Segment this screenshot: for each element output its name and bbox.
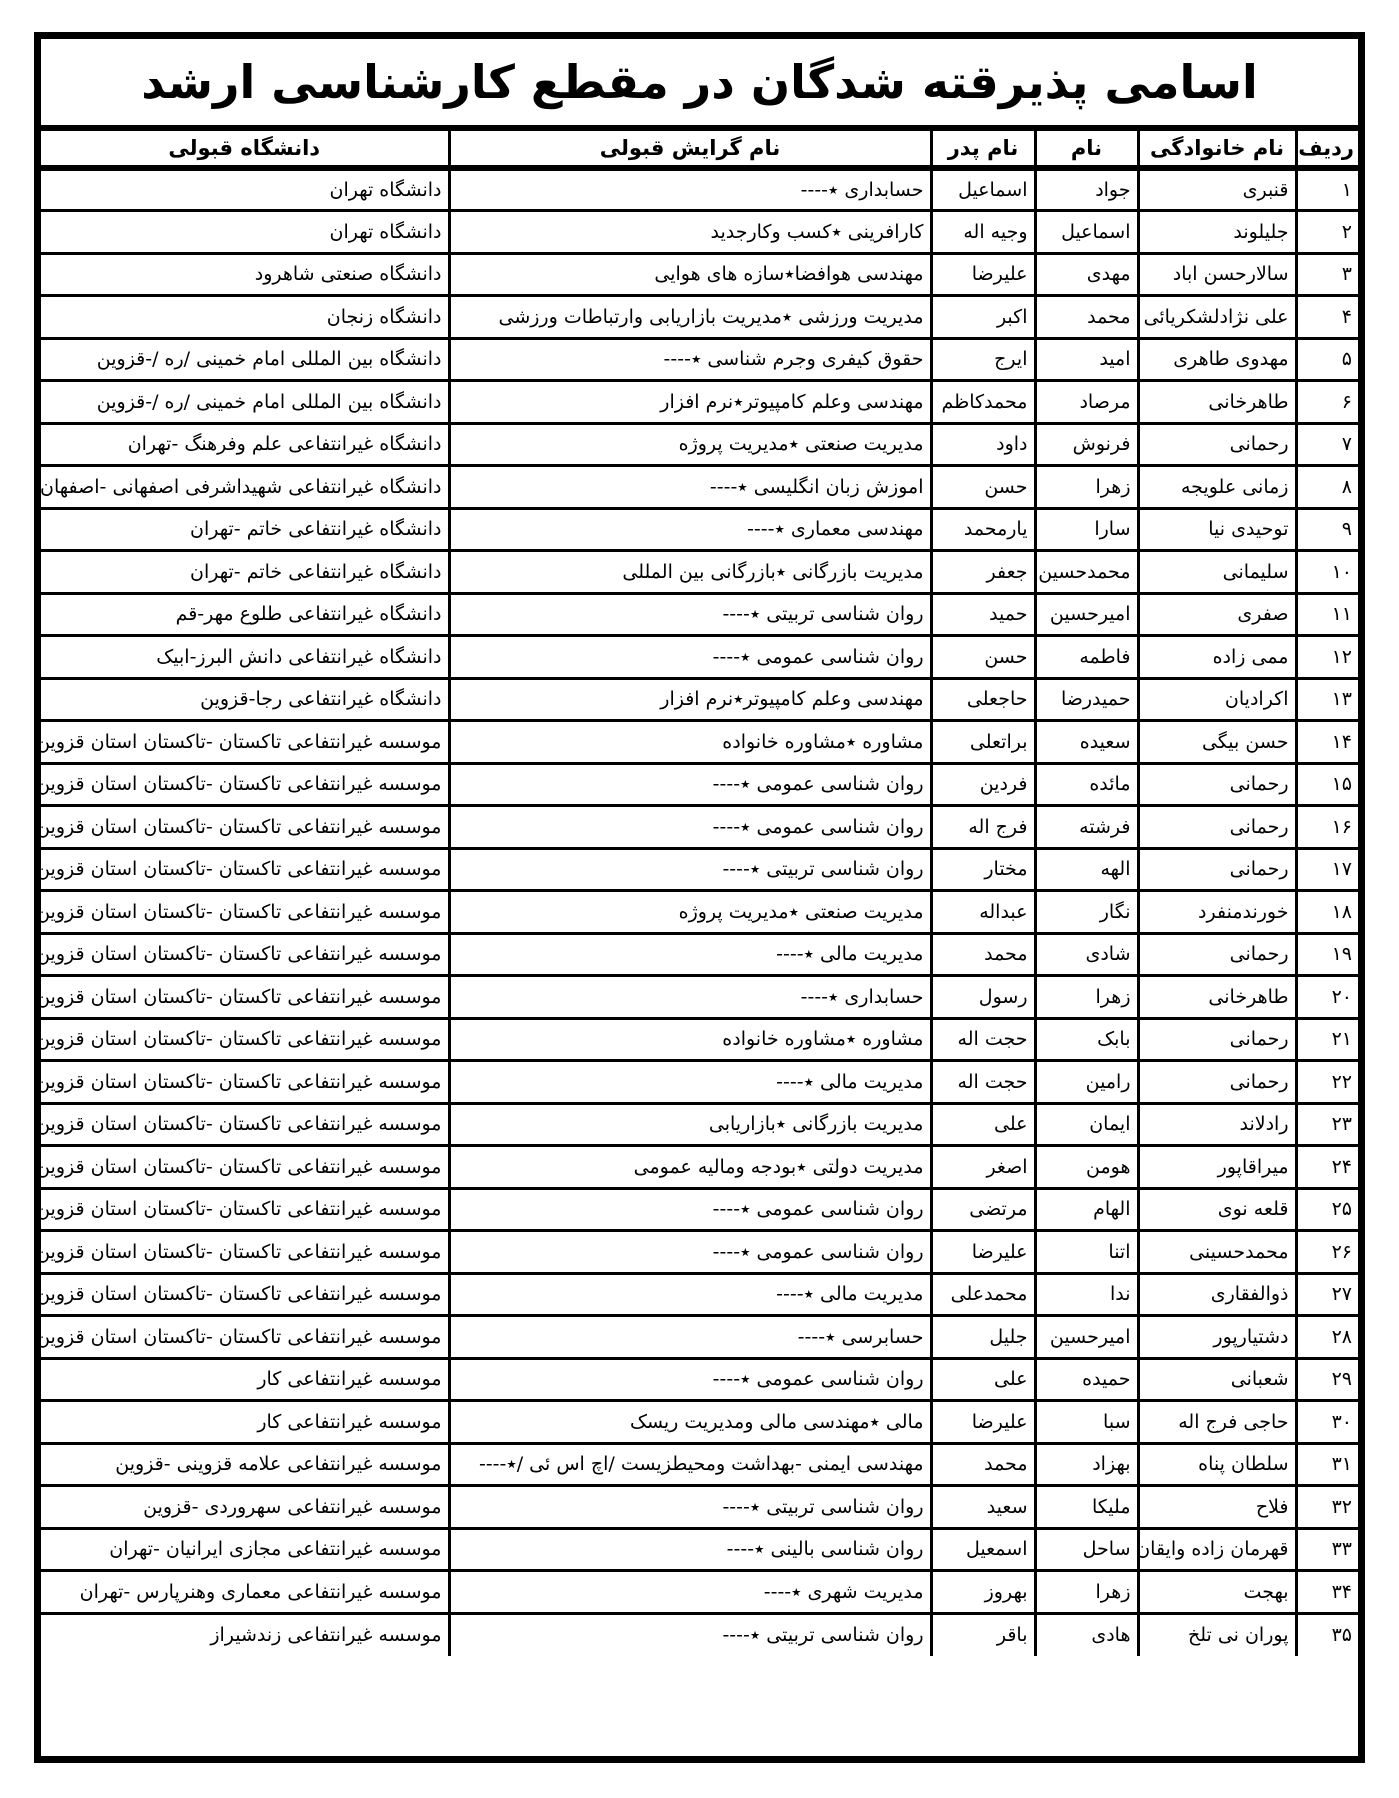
table-row: ۲۳ رادلاند ایمان علی مدیریت بازرگانی ٭با… (41, 1103, 1358, 1146)
table-row: ۳۰ حاجی فرج اله سبا علیرضا مالی ٭مهندسی … (41, 1401, 1358, 1444)
document-page: اسامی پذیرقته شدگان در مقطع کارشناسی ارش… (0, 0, 1399, 1798)
cell-family-name: طاهرخانی (1138, 976, 1296, 1019)
cell-major: روان شناسی عمومی ٭---- (449, 1231, 931, 1274)
cell-family-name: شعبانی (1138, 1358, 1296, 1401)
table-row: ۱۲ ممی زاده فاطمه حسن روان شناسی عمومی ٭… (41, 636, 1358, 679)
table-row: ۲ جلیلوند اسماعیل وجیه اله کارافرینی ٭کس… (41, 211, 1358, 254)
cell-family-name: ممی زاده (1138, 636, 1296, 679)
cell-first-name: سبا (1035, 1401, 1138, 1444)
cell-first-name: نگار (1035, 891, 1138, 934)
cell-university: موسسه غیرانتفاعی مجازی ایرانیان -تهران (41, 1528, 449, 1571)
cell-row-no: ۳۵ (1296, 1613, 1358, 1656)
cell-family-name: رحمانی (1138, 1061, 1296, 1104)
cell-major: مدیریت شهری ٭---- (449, 1571, 931, 1614)
table-row: ۶ طاهرخانی مرصاد محمدکاظم مهندسی وعلم کا… (41, 381, 1358, 424)
cell-major: روان شناسی بالینی ٭---- (449, 1528, 931, 1571)
admissions-table-frame: اسامی پذیرقته شدگان در مقطع کارشناسی ارش… (34, 32, 1365, 1763)
cell-first-name: هومن (1035, 1146, 1138, 1189)
cell-first-name: ساحل (1035, 1528, 1138, 1571)
cell-major: روان شناسی عمومی ٭---- (449, 806, 931, 849)
table-row: ۱۶ رحمانی فرشته فرج اله روان شناسی عمومی… (41, 806, 1358, 849)
cell-first-name: سعیده (1035, 721, 1138, 764)
cell-family-name: محمدحسینی (1138, 1231, 1296, 1274)
table-row: ۱۰ سلیمانی محمدحسین جعفر مدیریت بازرگانی… (41, 551, 1358, 594)
cell-father-name: باقر (931, 1613, 1035, 1656)
cell-major: مهندسی معماری ٭---- (449, 508, 931, 551)
cell-family-name: حسن بیگی (1138, 721, 1296, 764)
cell-family-name: جلیلوند (1138, 211, 1296, 254)
cell-father-name: یارمحمد (931, 508, 1035, 551)
cell-father-name: حجت اله (931, 1061, 1035, 1104)
table-row: ۲۹ شعبانی حمیده علی روان شناسی عمومی ٭--… (41, 1358, 1358, 1401)
cell-family-name: رحمانی (1138, 933, 1296, 976)
cell-father-name: حجت اله (931, 1018, 1035, 1061)
table-row: ۳۴ بهجت زهرا بهروز مدیریت شهری ٭---- موس… (41, 1571, 1358, 1614)
cell-major: مدیریت صنعتی ٭مدیریت پروژه (449, 891, 931, 934)
cell-row-no: ۱۷ (1296, 848, 1358, 891)
cell-university: موسسه غیرانتفاعی معماری وهنرپارس -تهران (41, 1571, 449, 1614)
table-row: ۳ سالارحسن اباد مهدی علیرضا مهندسی هوافض… (41, 253, 1358, 296)
cell-first-name: الهام (1035, 1188, 1138, 1231)
cell-major: مهندسی وعلم کامپیوتر٭نرم افزار (449, 678, 931, 721)
table-row: ۳۲ فلاح ملیکا سعید روان شناسی تربیتی ٭--… (41, 1486, 1358, 1529)
cell-first-name: زهرا (1035, 466, 1138, 509)
col-header-first-name: نام (1035, 131, 1138, 168)
cell-major: مدیریت ورزشی ٭مدیریت بازاریابی وارتباطات… (449, 296, 931, 339)
cell-first-name: سارا (1035, 508, 1138, 551)
table-row: ۴ علی نژادلشکریائی محمد اکبر مدیریت ورزش… (41, 296, 1358, 339)
cell-row-no: ۱۳ (1296, 678, 1358, 721)
cell-family-name: ذوالفقاری (1138, 1273, 1296, 1316)
cell-first-name: محمدحسین (1035, 551, 1138, 594)
cell-university: دانشگاه زنجان (41, 296, 449, 339)
cell-family-name: طاهرخانی (1138, 381, 1296, 424)
cell-row-no: ۹ (1296, 508, 1358, 551)
cell-father-name: جلیل (931, 1316, 1035, 1359)
cell-major: مشاوره ٭مشاوره خانواده (449, 721, 931, 764)
cell-row-no: ۳۰ (1296, 1401, 1358, 1444)
cell-family-name: میراقاپور (1138, 1146, 1296, 1189)
admissions-table: ردیف نام خانوادگی نام نام پدر نام گرایش … (41, 131, 1358, 1656)
cell-first-name: فرنوش (1035, 423, 1138, 466)
cell-father-name: علی (931, 1358, 1035, 1401)
cell-father-name: فردین (931, 763, 1035, 806)
cell-first-name: جواد (1035, 168, 1138, 211)
cell-row-no: ۲۱ (1296, 1018, 1358, 1061)
cell-row-no: ۱۴ (1296, 721, 1358, 764)
cell-father-name: براتعلی (931, 721, 1035, 764)
cell-father-name: محمدعلی (931, 1273, 1035, 1316)
cell-row-no: ۱۲ (1296, 636, 1358, 679)
cell-major: روان شناسی عمومی ٭---- (449, 1358, 931, 1401)
cell-first-name: ملیکا (1035, 1486, 1138, 1529)
table-row: ۲۵ قلعه نوی الهام مرتضی روان شناسی عمومی… (41, 1188, 1358, 1231)
cell-family-name: بهجت (1138, 1571, 1296, 1614)
cell-major: روان شناسی عمومی ٭---- (449, 636, 931, 679)
cell-row-no: ۷ (1296, 423, 1358, 466)
table-row: ۱۳ اکرادیان حمیدرضا حاجعلی مهندسی وعلم ک… (41, 678, 1358, 721)
cell-major: مدیریت بازرگانی ٭بازاریابی (449, 1103, 931, 1146)
col-header-major: نام گرایش قبولی (449, 131, 931, 168)
cell-family-name: خورندمنفرد (1138, 891, 1296, 934)
cell-father-name: علیرضا (931, 253, 1035, 296)
cell-university: موسسه غیرانتفاعی سهروردی -قزوین (41, 1486, 449, 1529)
cell-university: موسسه غیرانتفاعی تاکستان -تاکستان استان … (41, 976, 449, 1019)
cell-row-no: ۱۰ (1296, 551, 1358, 594)
cell-father-name: مرتضی (931, 1188, 1035, 1231)
cell-university: موسسه غیرانتفاعی تاکستان -تاکستان استان … (41, 1188, 449, 1231)
table-body: ۱ قنبری جواد اسماعیل حسابداری ٭---- دانش… (41, 168, 1358, 1656)
table-row: ۵ مهدوی طاهری امید ایرج حقوق کیفری وجرم … (41, 338, 1358, 381)
table-row: ۱ قنبری جواد اسماعیل حسابداری ٭---- دانش… (41, 168, 1358, 211)
page-title: اسامی پذیرقته شدگان در مقطع کارشناسی ارش… (41, 39, 1358, 131)
cell-university: موسسه غیرانتفاعی زندشیراز (41, 1613, 449, 1656)
table-row: ۲۶ محمدحسینی اتنا علیرضا روان شناسی عموم… (41, 1231, 1358, 1274)
cell-row-no: ۲۷ (1296, 1273, 1358, 1316)
cell-university: موسسه غیرانتفاعی تاکستان -تاکستان استان … (41, 1231, 449, 1274)
cell-row-no: ۳۳ (1296, 1528, 1358, 1571)
cell-family-name: توحیدی نیا (1138, 508, 1296, 551)
cell-university: دانشگاه غیرانتفاعی علم وفرهنگ -تهران (41, 423, 449, 466)
cell-family-name: صفری (1138, 593, 1296, 636)
cell-row-no: ۱ (1296, 168, 1358, 211)
cell-family-name: قهرمان زاده وایقان (1138, 1528, 1296, 1571)
header-row: ردیف نام خانوادگی نام نام پدر نام گرایش … (41, 131, 1358, 168)
table-row: ۳۳ قهرمان زاده وایقان ساحل اسمعیل روان ش… (41, 1528, 1358, 1571)
cell-father-name: اسمعیل (931, 1528, 1035, 1571)
cell-father-name: جعفر (931, 551, 1035, 594)
cell-father-name: سعید (931, 1486, 1035, 1529)
table-row: ۲۴ میراقاپور هومن اصغر مدیریت دولتی ٭بود… (41, 1146, 1358, 1189)
cell-major: مهندسی هوافضا٭سازه های هوایی (449, 253, 931, 296)
cell-row-no: ۱۹ (1296, 933, 1358, 976)
cell-family-name: قنبری (1138, 168, 1296, 211)
cell-row-no: ۱۶ (1296, 806, 1358, 849)
cell-father-name: داود (931, 423, 1035, 466)
cell-university: دانشگاه تهران (41, 168, 449, 211)
table-row: ۱۴ حسن بیگی سعیده براتعلی مشاوره ٭مشاوره… (41, 721, 1358, 764)
cell-family-name: زمانی علویجه (1138, 466, 1296, 509)
cell-row-no: ۵ (1296, 338, 1358, 381)
cell-first-name: مائده (1035, 763, 1138, 806)
cell-university: دانشگاه بین المللی امام خمینی /ره /-قزوی… (41, 381, 449, 424)
cell-university: دانشگاه غیرانتفاعی طلوع مهر-قم (41, 593, 449, 636)
cell-major: مدیریت مالی ٭---- (449, 1273, 931, 1316)
cell-major: مدیریت مالی ٭---- (449, 933, 931, 976)
cell-family-name: سلطان پناه (1138, 1443, 1296, 1486)
cell-major: روان شناسی تربیتی ٭---- (449, 848, 931, 891)
cell-family-name: مهدوی طاهری (1138, 338, 1296, 381)
cell-father-name: مختار (931, 848, 1035, 891)
cell-father-name: رسول (931, 976, 1035, 1019)
cell-university: دانشگاه غیرانتفاعی دانش البرز-ابیک (41, 636, 449, 679)
cell-family-name: رادلاند (1138, 1103, 1296, 1146)
cell-family-name: قلعه نوی (1138, 1188, 1296, 1231)
cell-family-name: رحمانی (1138, 1018, 1296, 1061)
table-row: ۱۷ رحمانی الهه مختار روان شناسی تربیتی ٭… (41, 848, 1358, 891)
cell-father-name: وجیه اله (931, 211, 1035, 254)
cell-row-no: ۸ (1296, 466, 1358, 509)
cell-first-name: امید (1035, 338, 1138, 381)
cell-first-name: زهرا (1035, 1571, 1138, 1614)
cell-university: موسسه غیرانتفاعی تاکستان -تاکستان استان … (41, 1273, 449, 1316)
cell-first-name: اتنا (1035, 1231, 1138, 1274)
table-row: ۳۵ پوران نی تلخ هادی باقر روان شناسی ترب… (41, 1613, 1358, 1656)
cell-major: مهندسی ایمنی -بهداشت ومحیطزیست /اچ اس ئی… (449, 1443, 931, 1486)
cell-university: موسسه غیرانتفاعی کار (41, 1401, 449, 1444)
cell-university: دانشگاه غیرانتفاعی خاتم -تهران (41, 508, 449, 551)
cell-major: اموزش زبان انگلیسی ٭---- (449, 466, 931, 509)
cell-major: روان شناسی تربیتی ٭---- (449, 1486, 931, 1529)
cell-university: موسسه غیرانتفاعی تاکستان -تاکستان استان … (41, 891, 449, 934)
cell-university: دانشگاه تهران (41, 211, 449, 254)
table-row: ۱۹ رحمانی شادی محمد مدیریت مالی ٭---- مو… (41, 933, 1358, 976)
cell-father-name: حسن (931, 636, 1035, 679)
table-row: ۲۱ رحمانی بابک حجت اله مشاوره ٭مشاوره خا… (41, 1018, 1358, 1061)
col-header-father-name: نام پدر (931, 131, 1035, 168)
table-row: ۲۲ رحمانی رامین حجت اله مدیریت مالی ٭---… (41, 1061, 1358, 1104)
cell-father-name: اسماعیل (931, 168, 1035, 211)
cell-family-name: رحمانی (1138, 848, 1296, 891)
cell-father-name: اصغر (931, 1146, 1035, 1189)
cell-first-name: مهدی (1035, 253, 1138, 296)
cell-university: موسسه غیرانتفاعی تاکستان -تاکستان استان … (41, 933, 449, 976)
cell-row-no: ۲۰ (1296, 976, 1358, 1019)
cell-university: موسسه غیرانتفاعی تاکستان -تاکستان استان … (41, 806, 449, 849)
cell-family-name: رحمانی (1138, 763, 1296, 806)
cell-father-name: علی (931, 1103, 1035, 1146)
cell-family-name: رحمانی (1138, 423, 1296, 466)
cell-major: مشاوره ٭مشاوره خانواده (449, 1018, 931, 1061)
cell-family-name: سالارحسن اباد (1138, 253, 1296, 296)
cell-major: مدیریت بازرگانی ٭بازرگانی بین المللی (449, 551, 931, 594)
cell-father-name: حاجعلی (931, 678, 1035, 721)
table-row: ۲۷ ذوالفقاری ندا محمدعلی مدیریت مالی ٭--… (41, 1273, 1358, 1316)
cell-university: موسسه غیرانتفاعی تاکستان -تاکستان استان … (41, 1103, 449, 1146)
col-header-family-name: نام خانوادگی (1138, 131, 1296, 168)
cell-first-name: فرشته (1035, 806, 1138, 849)
cell-major: مالی ٭مهندسی مالی ومدیریت ریسک (449, 1401, 931, 1444)
cell-father-name: فرج اله (931, 806, 1035, 849)
cell-major: روان شناسی تربیتی ٭---- (449, 1613, 931, 1656)
cell-father-name: حسن (931, 466, 1035, 509)
cell-first-name: حمیده (1035, 1358, 1138, 1401)
col-header-university: دانشگاه قبولی (41, 131, 449, 168)
cell-major: مهندسی وعلم کامپیوتر٭نرم افزار (449, 381, 931, 424)
cell-university: دانشگاه بین المللی امام خمینی /ره /-قزوی… (41, 338, 449, 381)
cell-major: حسابرسی ٭---- (449, 1316, 931, 1359)
cell-first-name: محمد (1035, 296, 1138, 339)
cell-row-no: ۲ (1296, 211, 1358, 254)
cell-father-name: علیرضا (931, 1401, 1035, 1444)
cell-father-name: ایرج (931, 338, 1035, 381)
cell-first-name: هادی (1035, 1613, 1138, 1656)
cell-row-no: ۲۹ (1296, 1358, 1358, 1401)
cell-family-name: حاجی فرج اله (1138, 1401, 1296, 1444)
cell-major: مدیریت مالی ٭---- (449, 1061, 931, 1104)
cell-major: مدیریت دولتی ٭بودجه ومالیه عمومی (449, 1146, 931, 1189)
cell-major: حسابداری ٭---- (449, 168, 931, 211)
table-row: ۷ رحمانی فرنوش داود مدیریت صنعتی ٭مدیریت… (41, 423, 1358, 466)
cell-row-no: ۲۴ (1296, 1146, 1358, 1189)
cell-father-name: اکبر (931, 296, 1035, 339)
cell-university: موسسه غیرانتفاعی تاکستان -تاکستان استان … (41, 1146, 449, 1189)
table-row: ۸ زمانی علویجه زهرا حسن اموزش زبان انگلی… (41, 466, 1358, 509)
cell-first-name: فاطمه (1035, 636, 1138, 679)
cell-family-name: رحمانی (1138, 806, 1296, 849)
cell-father-name: محمد (931, 933, 1035, 976)
cell-university: موسسه غیرانتفاعی کار (41, 1358, 449, 1401)
cell-university: موسسه غیرانتفاعی تاکستان -تاکستان استان … (41, 1018, 449, 1061)
cell-row-no: ۲۵ (1296, 1188, 1358, 1231)
cell-first-name: ایمان (1035, 1103, 1138, 1146)
cell-first-name: بهزاد (1035, 1443, 1138, 1486)
cell-university: دانشگاه غیرانتفاعی رجا-قزوین (41, 678, 449, 721)
cell-university: دانشگاه غیرانتفاعی شهیداشرفی اصفهانی -اص… (41, 466, 449, 509)
cell-family-name: علی نژادلشکریائی (1138, 296, 1296, 339)
cell-major: روان شناسی تربیتی ٭---- (449, 593, 931, 636)
cell-row-no: ۲۳ (1296, 1103, 1358, 1146)
cell-university: موسسه غیرانتفاعی علامه قزوینی -قزوین (41, 1443, 449, 1486)
cell-first-name: ندا (1035, 1273, 1138, 1316)
cell-first-name: بابک (1035, 1018, 1138, 1061)
cell-row-no: ۳۴ (1296, 1571, 1358, 1614)
cell-major: کارافرینی ٭کسب وکارجدید (449, 211, 931, 254)
cell-first-name: مرصاد (1035, 381, 1138, 424)
cell-row-no: ۲۲ (1296, 1061, 1358, 1104)
cell-row-no: ۳ (1296, 253, 1358, 296)
cell-family-name: سلیمانی (1138, 551, 1296, 594)
table-row: ۱۸ خورندمنفرد نگار عبداله مدیریت صنعتی ٭… (41, 891, 1358, 934)
cell-first-name: الهه (1035, 848, 1138, 891)
cell-father-name: عبداله (931, 891, 1035, 934)
cell-first-name: شادی (1035, 933, 1138, 976)
cell-first-name: حمیدرضا (1035, 678, 1138, 721)
cell-row-no: ۶ (1296, 381, 1358, 424)
cell-father-name: علیرضا (931, 1231, 1035, 1274)
cell-row-no: ۴ (1296, 296, 1358, 339)
cell-university: موسسه غیرانتفاعی تاکستان -تاکستان استان … (41, 1061, 449, 1104)
cell-family-name: دشتیارپور (1138, 1316, 1296, 1359)
table-row: ۱۵ رحمانی مائده فردین روان شناسی عمومی ٭… (41, 763, 1358, 806)
cell-father-name: محمدکاظم (931, 381, 1035, 424)
cell-father-name: بهروز (931, 1571, 1035, 1614)
cell-university: موسسه غیرانتفاعی تاکستان -تاکستان استان … (41, 1316, 449, 1359)
col-header-row-no: ردیف (1296, 131, 1358, 168)
cell-major: حقوق کیفری وجرم شناسی ٭---- (449, 338, 931, 381)
cell-family-name: فلاح (1138, 1486, 1296, 1529)
cell-family-name: پوران نی تلخ (1138, 1613, 1296, 1656)
cell-university: دانشگاه صنعتی شاهرود (41, 253, 449, 296)
cell-first-name: امیرحسین (1035, 1316, 1138, 1359)
table-row: ۲۰ طاهرخانی زهرا رسول حسابداری ٭---- موس… (41, 976, 1358, 1019)
cell-father-name: محمد (931, 1443, 1035, 1486)
cell-family-name: اکرادیان (1138, 678, 1296, 721)
cell-university: دانشگاه غیرانتفاعی خاتم -تهران (41, 551, 449, 594)
cell-row-no: ۳۲ (1296, 1486, 1358, 1529)
cell-university: موسسه غیرانتفاعی تاکستان -تاکستان استان … (41, 763, 449, 806)
cell-major: حسابداری ٭---- (449, 976, 931, 1019)
cell-major: مدیریت صنعتی ٭مدیریت پروژه (449, 423, 931, 466)
table-row: ۳۱ سلطان پناه بهزاد محمد مهندسی ایمنی -ب… (41, 1443, 1358, 1486)
cell-major: روان شناسی عمومی ٭---- (449, 1188, 931, 1231)
cell-major: روان شناسی عمومی ٭---- (449, 763, 931, 806)
cell-row-no: ۱۵ (1296, 763, 1358, 806)
cell-university: موسسه غیرانتفاعی تاکستان -تاکستان استان … (41, 721, 449, 764)
cell-row-no: ۱۱ (1296, 593, 1358, 636)
cell-row-no: ۱۸ (1296, 891, 1358, 934)
cell-first-name: امیرحسین (1035, 593, 1138, 636)
table-row: ۲۸ دشتیارپور امیرحسین جلیل حسابرسی ٭----… (41, 1316, 1358, 1359)
table-row: ۹ توحیدی نیا سارا یارمحمد مهندسی معماری … (41, 508, 1358, 551)
cell-row-no: ۲۸ (1296, 1316, 1358, 1359)
cell-first-name: اسماعیل (1035, 211, 1138, 254)
cell-first-name: رامین (1035, 1061, 1138, 1104)
cell-row-no: ۲۶ (1296, 1231, 1358, 1274)
table-row: ۱۱ صفری امیرحسین حمید روان شناسی تربیتی … (41, 593, 1358, 636)
cell-father-name: حمید (931, 593, 1035, 636)
cell-first-name: زهرا (1035, 976, 1138, 1019)
cell-row-no: ۳۱ (1296, 1443, 1358, 1486)
cell-university: موسسه غیرانتفاعی تاکستان -تاکستان استان … (41, 848, 449, 891)
